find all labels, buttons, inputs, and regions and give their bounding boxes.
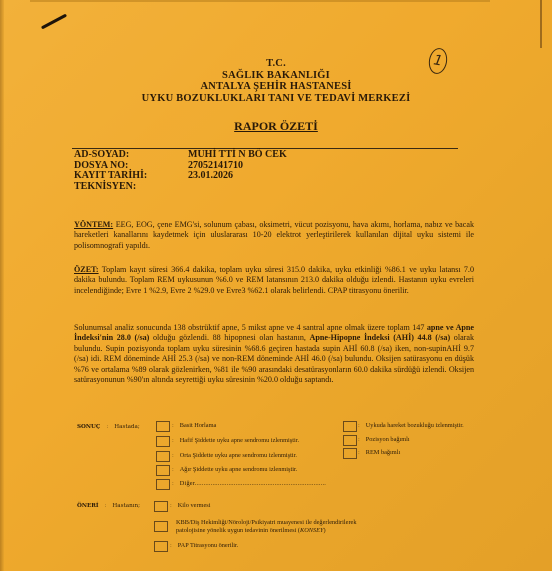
checkbox-other[interactable] bbox=[156, 479, 170, 490]
checkbox-simple-snoring[interactable] bbox=[156, 421, 170, 432]
field-label: AD-SOYAD: bbox=[74, 150, 188, 161]
option-mild-osa: :Hafif Şiddette uyku apne sendromu izlen… bbox=[172, 437, 299, 444]
header-line: ANTALYA ŞEHİR HASTANESİ bbox=[0, 81, 552, 93]
option-rem-dependent: :REM bağımlı bbox=[358, 449, 400, 456]
patient-info: AD-SOYAD:MUHİ TTİ N BÖ CEK DOSYA NO:2705… bbox=[74, 150, 287, 192]
option-severe-osa: :Ağır Şiddette uyku apne sendromu izlenm… bbox=[172, 466, 297, 473]
respiratory-paragraph: Solunumsal analiz sonucunda 138 obstrükt… bbox=[74, 323, 474, 385]
checkbox-mild-osa[interactable] bbox=[156, 436, 170, 447]
recommendation-section-label: ÖNERİ:Hastanın; bbox=[77, 503, 140, 509]
checkbox-weight-loss[interactable] bbox=[154, 501, 168, 512]
method-heading: YÖNTEM: bbox=[74, 220, 113, 229]
paper-edge-top bbox=[30, 0, 490, 2]
summary-heading: ÖZET: bbox=[74, 265, 99, 274]
header-line: UYKU BOZUKLUKLARI TANI VE TEDAVİ MERKEZİ bbox=[0, 93, 552, 105]
header-line: T.C. bbox=[0, 58, 552, 70]
method-text: EEG, EOG, çene EMG'si, solunum çabası, o… bbox=[74, 220, 474, 250]
option-position-dependent: :Pozisyon bağımlı bbox=[358, 436, 410, 443]
checkbox-position-dependent[interactable] bbox=[343, 435, 357, 446]
header-line: SAĞLIK BAKANLIĞI bbox=[0, 70, 552, 82]
option-pap-titration: :PAP Titrasyonu önerilir. bbox=[170, 542, 238, 549]
option-weight-loss: :Kilo vermesi bbox=[170, 502, 210, 509]
summary-paragraph: ÖZET: Toplam kayıt süresi 366.4 dakika, … bbox=[74, 265, 474, 296]
paper-edge-right bbox=[540, 0, 542, 48]
checkbox-moderate-osa[interactable] bbox=[156, 451, 170, 462]
patient-name: MUHİ TTİ N BÖ CEK bbox=[188, 150, 287, 161]
summary-text: Toplam kayıt süresi 366.4 dakika, toplam… bbox=[74, 265, 474, 295]
document-header: T.C. SAĞLIK BAKANLIĞI ANTALYA ŞEHİR HAST… bbox=[0, 58, 552, 104]
option-moderate-osa: :Orta Şiddette uyku apne sendromu izlenm… bbox=[172, 452, 297, 459]
checkbox-movement-disorder[interactable] bbox=[343, 421, 357, 432]
pen-mark bbox=[41, 14, 67, 30]
record-date: 23.01.2026 bbox=[188, 171, 233, 182]
field-label: TEKNİSYEN: bbox=[74, 182, 188, 193]
option-movement-disorder: :Uykuda hareket bozukluğu izlenmiştir. bbox=[358, 422, 464, 429]
info-row-technician: TEKNİSYEN: bbox=[74, 182, 287, 193]
checkbox-rem-dependent[interactable] bbox=[343, 448, 357, 459]
report-title: RAPOR ÖZETİ bbox=[0, 119, 552, 134]
option-other: :Diğer..................................… bbox=[172, 480, 326, 487]
option-specialist-referral: KBB/Diş Hekimliği/Nöroloji/Psikiyatri mu… bbox=[176, 519, 356, 535]
checkbox-specialist-referral[interactable] bbox=[154, 521, 168, 532]
result-section-label: SONUÇ:Hastada; bbox=[77, 424, 140, 430]
option-simple-snoring: :Basit Horlama bbox=[172, 422, 216, 429]
checkbox-severe-osa[interactable] bbox=[156, 465, 170, 476]
checkbox-pap-titration[interactable] bbox=[154, 541, 168, 552]
info-row-name: AD-SOYAD:MUHİ TTİ N BÖ CEK bbox=[74, 150, 287, 161]
ahi-value: Apne-Hipopne İndeksi (AHİ) 44.8 (/sa) bbox=[310, 333, 451, 342]
method-paragraph: YÖNTEM: EEG, EOG, çene EMG'si, solunum ç… bbox=[74, 220, 474, 251]
